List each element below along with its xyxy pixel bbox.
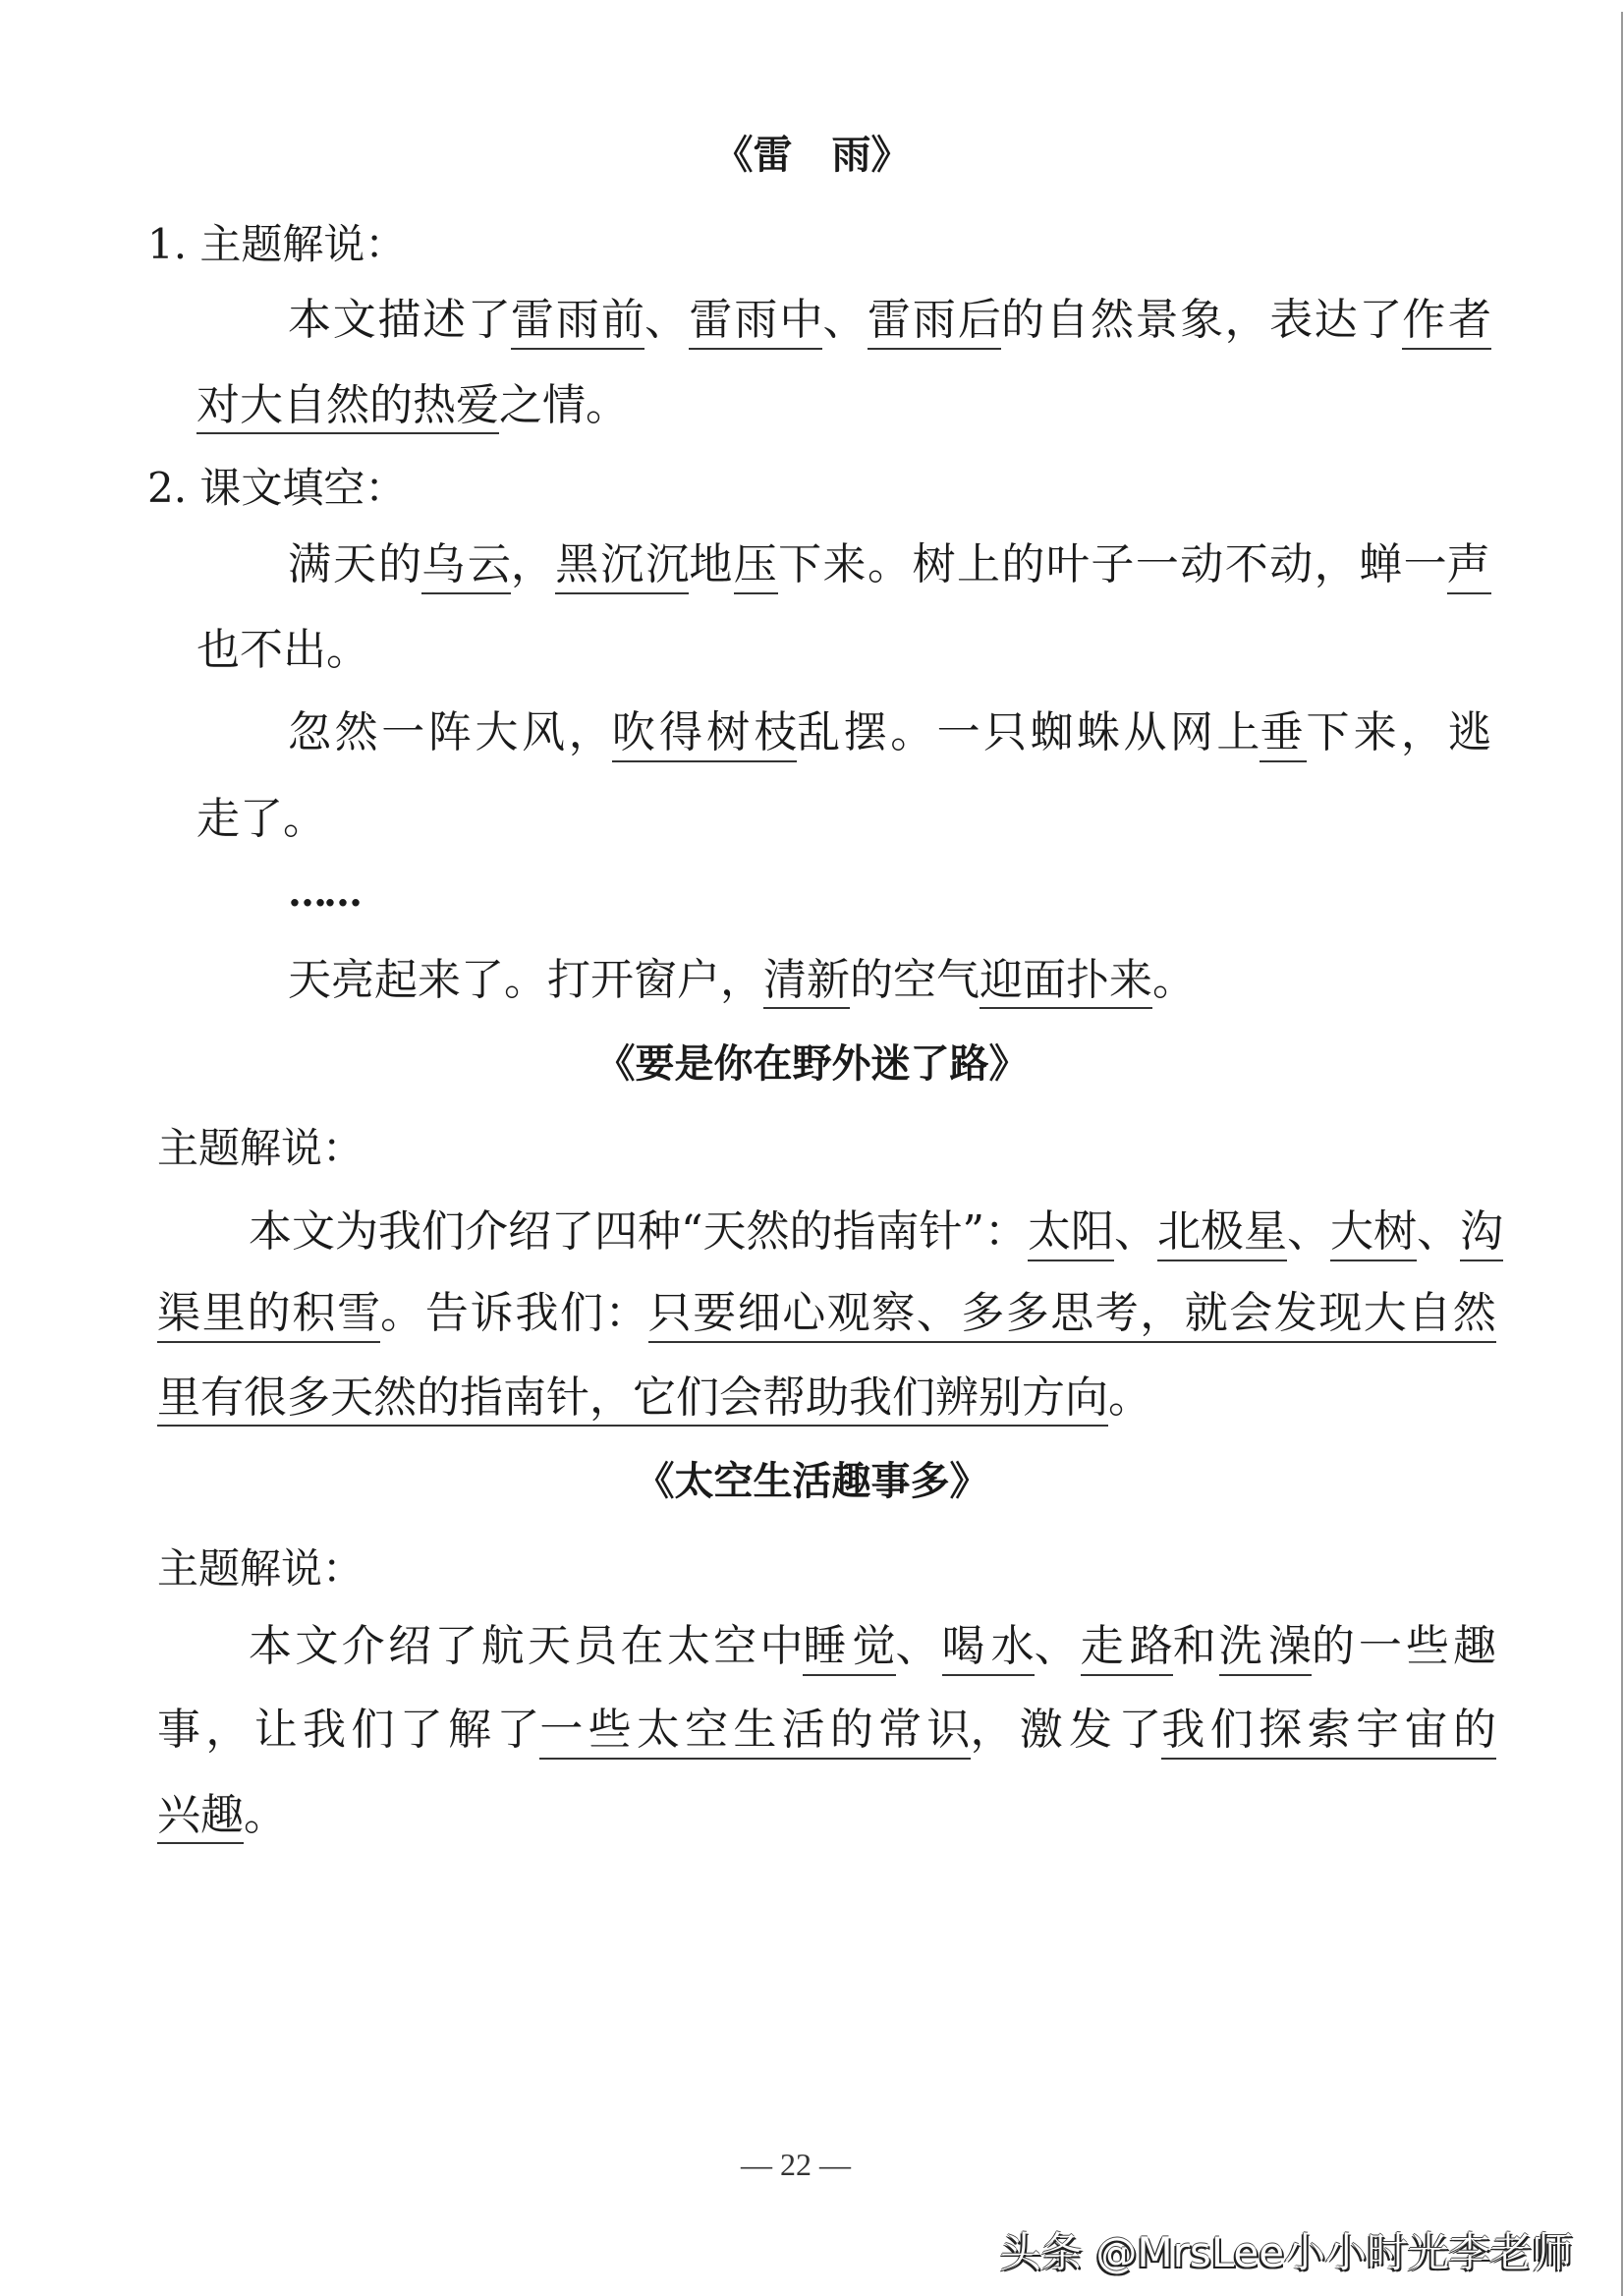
answer-underlined-text: 清新 [763, 955, 850, 1009]
answer-underlined-text: 里有很多天然的指南针，它们会帮助我们辨别方向 [157, 1372, 1108, 1427]
text-run: 下来，逃 [1307, 703, 1491, 762]
answer-underlined-text: 兴趣 [157, 1790, 244, 1844]
s3-label: 主题解说： [157, 1541, 364, 1596]
answer-underlined-text: 乌云 [421, 535, 511, 594]
page-number: — 22 — [0, 2147, 1592, 2183]
answer-underlined-text: 对大自然的热爱 [196, 380, 499, 434]
s2-label: 主题解说： [157, 1121, 364, 1176]
text-run: ，激发了 [971, 1701, 1162, 1760]
s2-line2: 渠里的积雪。告诉我们：只要细心观察、多多思考，就会发现大自然 [157, 1284, 1496, 1343]
answer-underlined-text: 睡觉 [803, 1617, 895, 1676]
answer-underlined-text: 太阳 [1028, 1203, 1114, 1261]
q2-para2-line1: 忽然一阵大风，吹得树枝乱摆。一只蜘蛛从网上垂下来，逃 [288, 703, 1491, 762]
answer-underlined-text: 走路 [1081, 1617, 1173, 1676]
q2-last-line: 天亮起来了。打开窗户，清新的空气迎面扑来。 [288, 951, 1196, 1010]
answer-underlined-text: 压 [734, 535, 778, 594]
watermark: 头条 @MrsLee小小时光李老师 [1000, 2220, 1573, 2279]
answer-underlined-text: 洗澡 [1219, 1617, 1312, 1676]
text-run: 满天的 [288, 535, 421, 594]
text-run: 也不出。 [196, 625, 369, 675]
answer-underlined-text: 只要细心观察、多多思考，就会发现大自然 [648, 1284, 1496, 1343]
answer-underlined-text: 吹得树枝 [612, 703, 797, 762]
text-run: 。 [1108, 1372, 1151, 1423]
text-run: 、 [896, 1617, 942, 1676]
answer-underlined-text: 声 [1447, 535, 1491, 594]
text-run: 下来。树上的叶子一动不动，蝉一 [778, 535, 1447, 594]
text-run: 天亮起来了。打开窗户， [288, 955, 763, 1005]
text-run: 本文为我们介绍了四种“天然的指南针”： [249, 1203, 1028, 1261]
answer-underlined-text: 北极星 [1157, 1203, 1287, 1261]
section-title-space: 《太空生活趣事多》 [0, 1454, 1624, 1509]
answer-underlined-text: 我们探索宇宙的 [1161, 1701, 1496, 1760]
answer-underlined-text: 黑沉沉 [555, 535, 689, 594]
page-edge-line [1621, 12, 1623, 2296]
text-run: 、 [822, 291, 867, 350]
s3-line1: 本文介绍了航天员在太空中睡觉、喝水、走路和洗澡的一些趣 [249, 1617, 1496, 1676]
answer-underlined-text: 迎面扑来 [980, 955, 1152, 1009]
q1-para-line1: 本文描述了雷雨前、雷雨中、雷雨后的自然景象，表达了作者 [288, 291, 1491, 350]
section-title-leiyu: 《雷 雨》 [0, 128, 1624, 183]
q1-para-line2: 对大自然的热爱之情。 [196, 376, 629, 435]
text-run: 走了。 [196, 794, 326, 844]
s3-line3: 兴趣。 [157, 1786, 287, 1845]
text-run: ， [511, 535, 555, 594]
text-run: 。 [244, 1790, 287, 1840]
text-run: 本文介绍了航天员在太空中 [249, 1617, 803, 1676]
text-run: 、 [1035, 1617, 1081, 1676]
ellipsis: …… [288, 869, 359, 916]
q2-para1-line2: 也不出。 [196, 621, 369, 680]
answer-underlined-text: 雷雨前 [511, 291, 644, 350]
s3-line2: 事，让我们了解了一些太空生活的常识，激发了我们探索宇宙的 [157, 1701, 1496, 1760]
answer-underlined-text: 作者 [1402, 291, 1491, 350]
text-run: 乱摆。一只蜘蛛从网上 [797, 703, 1260, 762]
text-run: 。告诉我们： [380, 1284, 648, 1343]
s2-line1: 本文为我们介绍了四种“天然的指南针”：太阳、北极星、大树、沟 [249, 1203, 1496, 1261]
text-run: 。 [1152, 955, 1196, 1005]
text-run: 地 [689, 535, 733, 594]
q2-para2-line2: 走了。 [196, 790, 326, 849]
text-run: 本文描述了 [288, 291, 511, 350]
text-run: 事，让我们了解了 [157, 1701, 539, 1760]
answer-underlined-text: 渠里的积雪 [157, 1284, 380, 1343]
answer-underlined-text: 垂 [1260, 703, 1306, 762]
q2-label: 2. 课文填空： [147, 461, 406, 516]
text-run: 的一些趣 [1312, 1617, 1496, 1676]
answer-underlined-text: 沟 [1460, 1203, 1503, 1261]
text-run: 、 [644, 291, 689, 350]
text-run: 和 [1173, 1617, 1219, 1676]
answer-underlined-text: 喝水 [942, 1617, 1035, 1676]
text-run: 忽然一阵大风， [288, 703, 612, 762]
answer-underlined-text: 雷雨中 [689, 291, 822, 350]
section-title-lost: 《要是你在野外迷了路》 [0, 1036, 1624, 1092]
text-run: 、 [1287, 1203, 1330, 1261]
text-run: 的自然景象，表达了 [1001, 291, 1402, 350]
answer-underlined-text: 一些太空生活的常识 [539, 1701, 970, 1760]
answer-underlined-text: 雷雨后 [868, 291, 1001, 350]
text-run: 、 [1417, 1203, 1460, 1261]
q2-para1-line1: 满天的乌云，黑沉沉地压下来。树上的叶子一动不动，蝉一声 [288, 535, 1491, 594]
q1-label: 1. 主题解说： [147, 217, 406, 272]
text-run: 的空气 [850, 955, 980, 1005]
s2-line3: 里有很多天然的指南针，它们会帮助我们辨别方向。 [157, 1369, 1151, 1428]
answer-underlined-text: 大树 [1330, 1203, 1417, 1261]
text-run: 、 [1114, 1203, 1157, 1261]
text-run: 之情。 [499, 380, 629, 430]
